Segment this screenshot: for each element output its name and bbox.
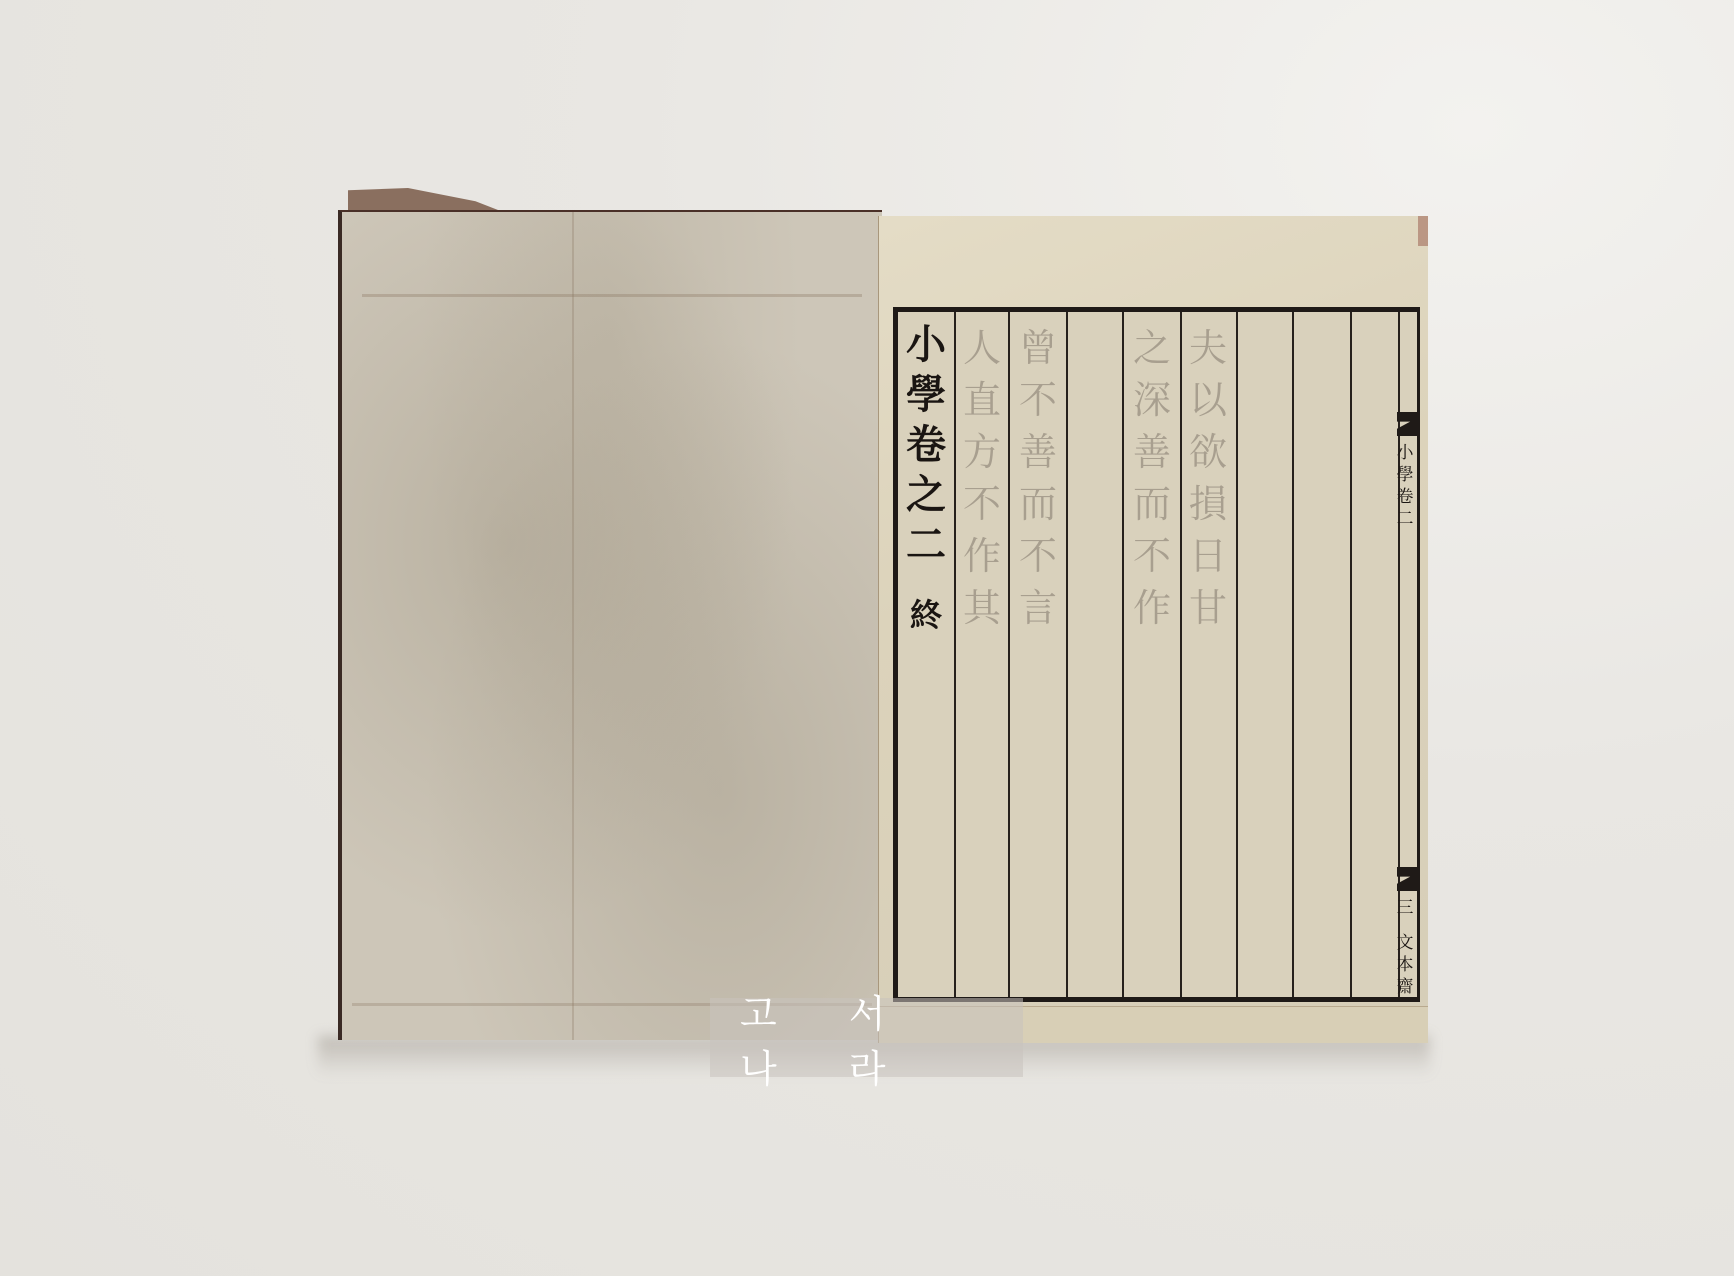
left-page-blank	[338, 210, 882, 1040]
faint-text-column: 之 深 善 而 不 作	[1130, 322, 1174, 634]
column-rule	[1292, 312, 1294, 997]
faint-text-column: 人 直 方 不 作 其	[960, 322, 1004, 634]
title-char: 學	[906, 370, 946, 420]
fishtail-mark	[1397, 867, 1419, 891]
column-rule	[1236, 312, 1238, 997]
fishtail-mark	[1397, 412, 1419, 436]
page-corner-stain	[1418, 216, 1428, 246]
title-char: 二	[906, 520, 946, 570]
title-char: 卷	[906, 420, 946, 470]
column-rule	[1066, 312, 1068, 997]
column-rule	[1350, 312, 1352, 997]
title-char: 之	[906, 470, 946, 520]
column-rule	[1180, 312, 1182, 997]
photo-scene: 小 學 卷 之 二 終 人 直 方 不 作 其 曾 不 善 而 不 言	[0, 0, 1734, 1276]
volume-title-column: 小 學 卷 之 二 終	[902, 320, 950, 640]
column-rule	[954, 312, 956, 997]
column-rule	[1008, 312, 1010, 997]
end-mark: 終	[910, 590, 942, 640]
fold-line	[362, 294, 862, 297]
margin-title: 小 學 卷 二	[1395, 442, 1415, 530]
margin-page-number: 三	[1395, 897, 1415, 919]
column-rule	[1122, 312, 1124, 997]
margin-publisher: 文 本 齋	[1395, 932, 1415, 998]
watermark-text: 고 서 나 라	[710, 983, 1023, 1093]
faint-text-column: 夫 以 欲 損 日 甘	[1186, 322, 1230, 634]
right-page-printed: 小 學 卷 之 二 終 人 直 方 不 作 其 曾 不 善 而 不 言	[878, 216, 1428, 1043]
torn-cover-corner	[348, 188, 498, 210]
print-frame: 小 學 卷 之 二 終 人 直 方 不 作 其 曾 不 善 而 不 言	[893, 307, 1420, 1002]
fold-line	[572, 212, 574, 1040]
faint-text-column: 曾 不 善 而 不 言	[1016, 322, 1060, 634]
watermark: 고 서 나 라	[710, 998, 1023, 1077]
title-char: 小	[906, 320, 946, 370]
